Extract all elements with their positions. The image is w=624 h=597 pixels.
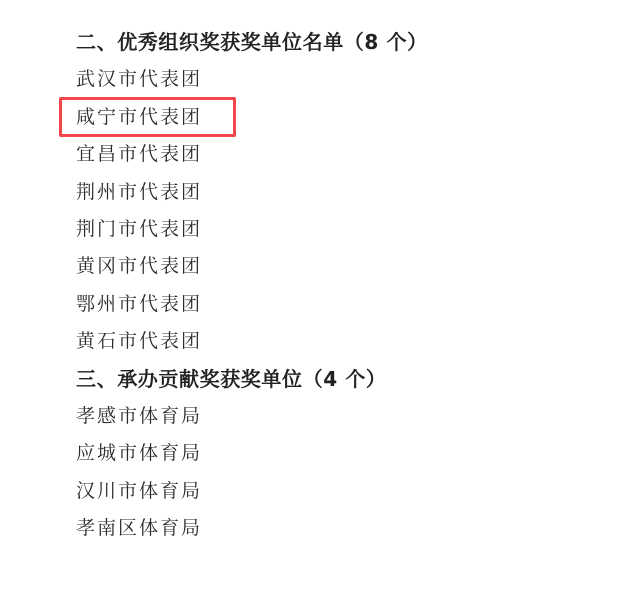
list-item: 荆门市代表团 bbox=[76, 211, 428, 248]
section-heading-hosting-award: 三、承办贡献奖获奖单位（4 个） bbox=[76, 361, 428, 398]
list-item: 黄石市代表团 bbox=[76, 323, 428, 360]
list-item-highlighted: 咸宁市代表团 bbox=[76, 99, 428, 136]
list-item: 孝南区体育局 bbox=[76, 510, 428, 547]
list-item: 荆州市代表团 bbox=[76, 174, 428, 211]
list-item: 鄂州市代表团 bbox=[76, 286, 428, 323]
list-item: 孝感市体育局 bbox=[76, 398, 428, 435]
document-body: 二、优秀组织奖获奖单位名单（8 个） 武汉市代表团 咸宁市代表团 宜昌市代表团 … bbox=[76, 24, 428, 547]
list-item: 宜昌市代表团 bbox=[76, 136, 428, 173]
list-item: 汉川市体育局 bbox=[76, 473, 428, 510]
list-item: 武汉市代表团 bbox=[76, 61, 428, 98]
section-heading-organization-award: 二、优秀组织奖获奖单位名单（8 个） bbox=[76, 24, 428, 61]
list-item: 应城市体育局 bbox=[76, 435, 428, 472]
list-item: 黄冈市代表团 bbox=[76, 248, 428, 285]
